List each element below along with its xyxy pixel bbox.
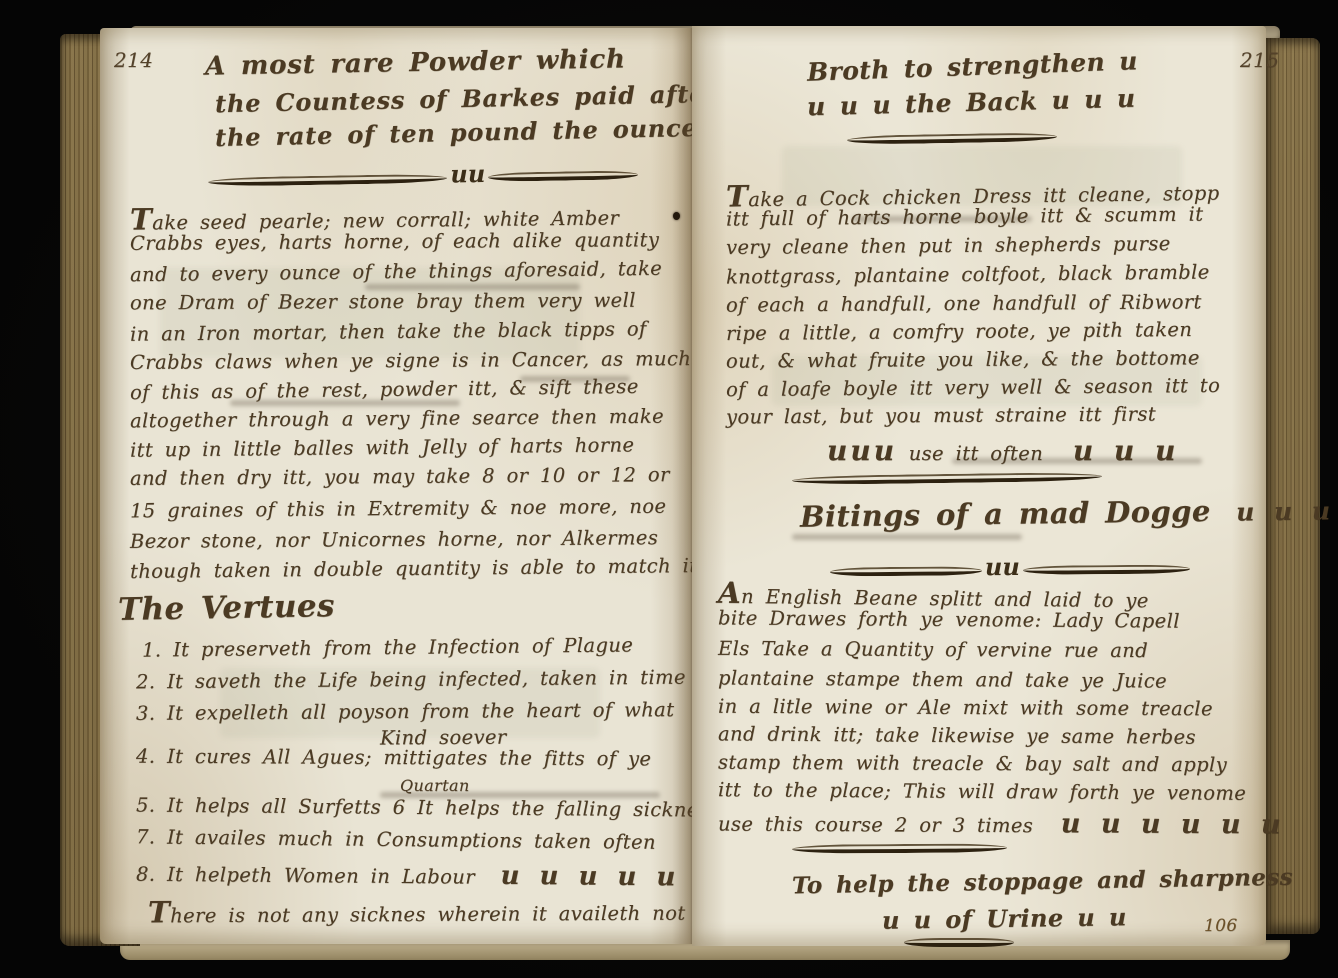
recipe-text-line: stamp them with treacle & bay salt and a…	[718, 751, 1227, 777]
closing-line: There is not any sicknes wherein it avai…	[148, 893, 686, 930]
broth-title-line: Broth to strengthen u	[807, 46, 1139, 87]
flourish-mark: uuu	[827, 434, 897, 467]
recipe-title-line: A most rare Powder which	[205, 44, 626, 81]
rule-segment	[1023, 564, 1190, 574]
folio-number: 106	[1204, 916, 1238, 936]
right-page: 215 Broth to strengthen u u u u the Back…	[692, 26, 1266, 946]
flourish-mark: u u u	[1073, 434, 1179, 467]
recipe-text-line: very cleane then put in shepherds purse	[726, 232, 1171, 259]
vertue-item: 7. It availes much in Consumptions taken…	[136, 825, 656, 853]
vertues-heading: The Vertues	[118, 588, 335, 628]
vertue-item: 4. It cures All Agues; mittigates the fi…	[136, 745, 652, 771]
sewing-hole	[673, 212, 680, 220]
usage-note-text: use itt often	[909, 442, 1044, 465]
flourish-mark: uu	[985, 552, 1020, 581]
vertue-item: 1. It preserveth from the Infection of P…	[142, 633, 633, 661]
urine-title-line: To help the stoppage and sharpness	[792, 864, 1293, 900]
ink-rule	[792, 472, 1102, 485]
recipe-text-line: and to every ounce of the things aforesa…	[130, 257, 662, 286]
recipe-text-line: out, & what fruite you like, & the botto…	[726, 346, 1200, 372]
recipe-text-line: bite Drawes forth ye venome: Lady Capell	[718, 606, 1180, 632]
vertue-item: 5. It helps all Surfetts 6 It helps the …	[136, 793, 709, 821]
flourish-mark: u u u u u	[500, 861, 678, 893]
recipe-text-line: though taken in double quantity is able …	[130, 554, 698, 583]
broth-title-line: u u u the Back u u u	[807, 84, 1136, 122]
recipe-text-line: plantaine stampe them and take ye Juice	[718, 666, 1167, 692]
page-number: 214	[114, 48, 153, 72]
recipe-text-line: Crabbs claws when ye signe is in Cancer,…	[130, 347, 691, 374]
right-page-edges	[1266, 38, 1320, 934]
left-page: 214 A most rare Powder which the Countes…	[100, 28, 692, 944]
vertue-item-text: 8. It helpeth Women in Labour	[136, 863, 475, 889]
recipe-text-line: of each a handfull, one handfull of Ribw…	[726, 290, 1202, 316]
flourish-mark: uu	[450, 159, 485, 189]
photo-background: 214 A most rare Powder which the Countes…	[0, 0, 1338, 978]
recipe-text-line: in a litle wine or Ale mixt with some tr…	[718, 695, 1213, 721]
recipe-text-line: Crabbs eyes, harts horne, of each alike …	[130, 228, 659, 255]
ink-rule	[904, 938, 1014, 947]
recipe-text: use this course 2 or 3 times	[718, 813, 1033, 838]
dogge-title-text: Bitings of a mad Dogge	[800, 494, 1211, 534]
manuscript-book: 214 A most rare Powder which the Countes…	[60, 16, 1322, 964]
recipe-text-line: and drink itt; take likewise ye same her…	[718, 722, 1196, 748]
flourish-mark: u u u	[1236, 496, 1333, 526]
recipe-text-line: your last, but you must straine itt firs…	[726, 402, 1156, 428]
vertue-item: 3. It expelleth all poyson from the hear…	[136, 698, 675, 725]
recipe-text-line: altogether through a very fine searce th…	[130, 405, 664, 433]
recipe-text-line: Els Take a Quantity of vervine rue and	[718, 637, 1148, 662]
recipe-text-line: of a loafe boyle itt very well & season …	[726, 374, 1220, 401]
ink-smudge	[792, 534, 1022, 540]
recipe-text-line: itt to the place; This will draw forth y…	[718, 778, 1246, 805]
rule-segment	[488, 170, 638, 182]
dogge-title: Bitings of a mad Dogge u u u	[800, 492, 1334, 533]
page-number: 215	[1240, 48, 1279, 72]
rule-segment	[830, 566, 982, 576]
recipe-text-line: Bezor stone, nor Unicornes horne, nor Al…	[130, 526, 658, 553]
ink-rule	[792, 843, 1007, 854]
urine-title-line: u u of Urine u u	[882, 902, 1127, 934]
recipe-text-line: knottgrass, plantaine coltfoot, black br…	[726, 260, 1210, 288]
usage-note: uuu use itt often u u u	[827, 434, 1178, 467]
ink-rule	[847, 132, 1057, 145]
recipe-text-line: of this as of the rest, powder itt, & si…	[130, 375, 639, 404]
recipe-text-line: itt up in little balles with Jelly of ha…	[130, 433, 635, 461]
rule-segment	[208, 174, 448, 187]
recipe-title-line: the Countess of Barkes paid after	[215, 79, 719, 119]
recipe-text-line: 15 graines of this in Extremity & noe mo…	[130, 495, 667, 523]
ink-rule: uu	[208, 160, 638, 197]
vertue-item: 2. It saveth the Life being infected, ta…	[136, 666, 686, 694]
vertue-item: 8. It helpeth Women in Labour u u u u u	[136, 858, 679, 893]
recipe-text-line: one Dram of Bezer stone bray them very w…	[130, 289, 636, 315]
recipe-text-line: ripe a little, a comfry roote, ye pith t…	[726, 318, 1192, 345]
recipe-text-line: itt full of harts horne boyle itt & scum…	[726, 203, 1204, 231]
recipe-text-line: use this course 2 or 3 times u u u u u u	[718, 807, 1284, 841]
flourish-mark: u u u u u u	[1061, 808, 1284, 840]
recipe-text-line: and then dry itt, you may take 8 or 10 o…	[130, 463, 670, 490]
recipe-title-line: the rate of ten pound the ounce	[215, 113, 698, 152]
